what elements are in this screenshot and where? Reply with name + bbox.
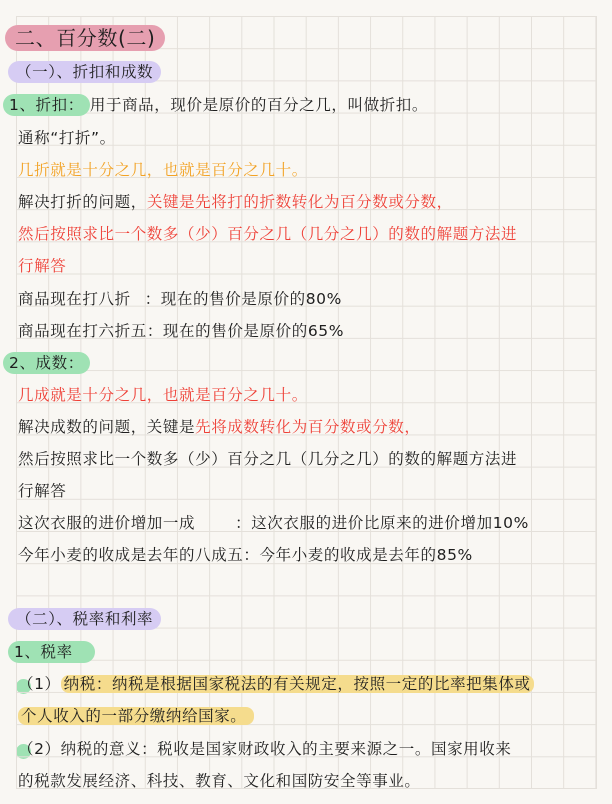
discount-method-end: 行解答 — [18, 255, 66, 277]
discount-method-cont: 然后按照求比一个数多（少）百分之几（几分之几）的数的解题方法进 — [18, 223, 517, 245]
example-left: 这次衣服的进价增加一成 — [18, 514, 195, 532]
discount-method-prefix: 解决打折的问题， — [18, 193, 147, 211]
chengshu-method-row: 解决成数的问题，关键是先将成数转化为百分数或分数， — [18, 416, 421, 438]
chengshu-method-end: 行解答 — [18, 480, 66, 502]
example-right: ：现在的售价是原价的80% — [145, 290, 342, 308]
section-heading-discount: （一）、折扣和成数 — [8, 61, 161, 83]
example-left: 商品现在打六折五 — [18, 322, 147, 340]
discount-example-2: 商品现在打六折五：现在的售价是原价的65% — [18, 320, 344, 342]
discount-example-1: 商品现在打八折：现在的售价是原价的80% — [18, 288, 342, 310]
chengshu-example-1: 这次衣服的进价增加一成：这次衣服的进价比原来的进价增加10% — [18, 512, 529, 534]
chengshu-method-key: 先将成数转化为百分数或分数， — [195, 418, 420, 436]
item-number: （2） — [18, 738, 61, 760]
example-right: ：今年小麦的收成是去年的85% — [243, 546, 472, 564]
section-heading-tax-row: （二）、税率和利率 — [8, 608, 161, 630]
section-heading-tax: （二）、税率和利率 — [8, 608, 161, 630]
item-number: （1） — [18, 673, 61, 695]
discount-definition-row: 1、折扣：用于商品，现价是原价的百分之几，叫做折扣。 — [3, 94, 428, 116]
example-left: 商品现在打八折 — [18, 290, 131, 308]
subsection-label-discount: 1、折扣： — [3, 94, 90, 116]
chengshu-rule: 几成就是十分之几，也就是百分之几十。 — [18, 384, 308, 406]
tax-item-1-cont-row: 个人收入的一部分缴纳给国家。 — [18, 705, 254, 727]
tax-item-2-text: 纳税的意义：税收是国家财政收入的主要来源之一。国家用收来 — [61, 740, 512, 758]
discount-definition: 用于商品，现价是原价的百分之几，叫做折扣。 — [90, 96, 428, 114]
chengshu-method-prefix: 解决成数的问题，关键是 — [18, 418, 195, 436]
tax-item-1-cont: 个人收入的一部分缴纳给国家。 — [18, 707, 254, 725]
chengshu-example-2: 今年小麦的收成是去年的八成五：今年小麦的收成是去年的85% — [18, 544, 473, 566]
section-heading-row: （一）、折扣和成数 — [8, 61, 161, 83]
discount-rule: 几折就是十分之几，也就是百分之几十。 — [18, 159, 308, 181]
example-right: ：现在的售价是原价的65% — [147, 322, 344, 340]
tax-item-2-cont: 的税款发展经济、科技、教育、文化和国防安全等事业。 — [18, 770, 421, 792]
example-right: ：这次衣服的进价比原来的进价增加10% — [235, 514, 529, 532]
title-row: 二、百分数(二) — [5, 25, 165, 51]
tax-item-2: （2）纳税的意义：税收是国家财政收入的主要来源之一。国家用收来 — [18, 738, 511, 760]
tax-item-1: （1）纳税：纳税是根据国家税法的有关规定，按照一定的比率把集体或 — [18, 673, 534, 695]
subsection-label-tax: 1、税率 — [8, 641, 95, 663]
page-title: 二、百分数(二) — [5, 25, 165, 51]
chengshu-label-row: 2、成数： — [3, 352, 90, 374]
discount-common-name: 通称“打折”。 — [18, 127, 116, 149]
note-page: 二、百分数(二) （一）、折扣和成数 1、折扣：用于商品，现价是原价的百分之几，… — [0, 0, 612, 804]
discount-method-key: 关键是先将打的折数转化为百分数或分数， — [147, 193, 453, 211]
chengshu-method-cont: 然后按照求比一个数多（少）百分之几（几分之几）的数的解题方法进 — [18, 448, 517, 470]
subsection-label-chengshu: 2、成数： — [3, 352, 90, 374]
tax-item-1-text: 纳税：纳税是根据国家税法的有关规定，按照一定的比率把集体或 — [61, 675, 534, 693]
discount-method-row: 解决打折的问题，关键是先将打的折数转化为百分数或分数， — [18, 191, 453, 213]
example-left: 今年小麦的收成是去年的八成五 — [18, 546, 243, 564]
tax-label-row: 1、税率 — [8, 641, 95, 663]
